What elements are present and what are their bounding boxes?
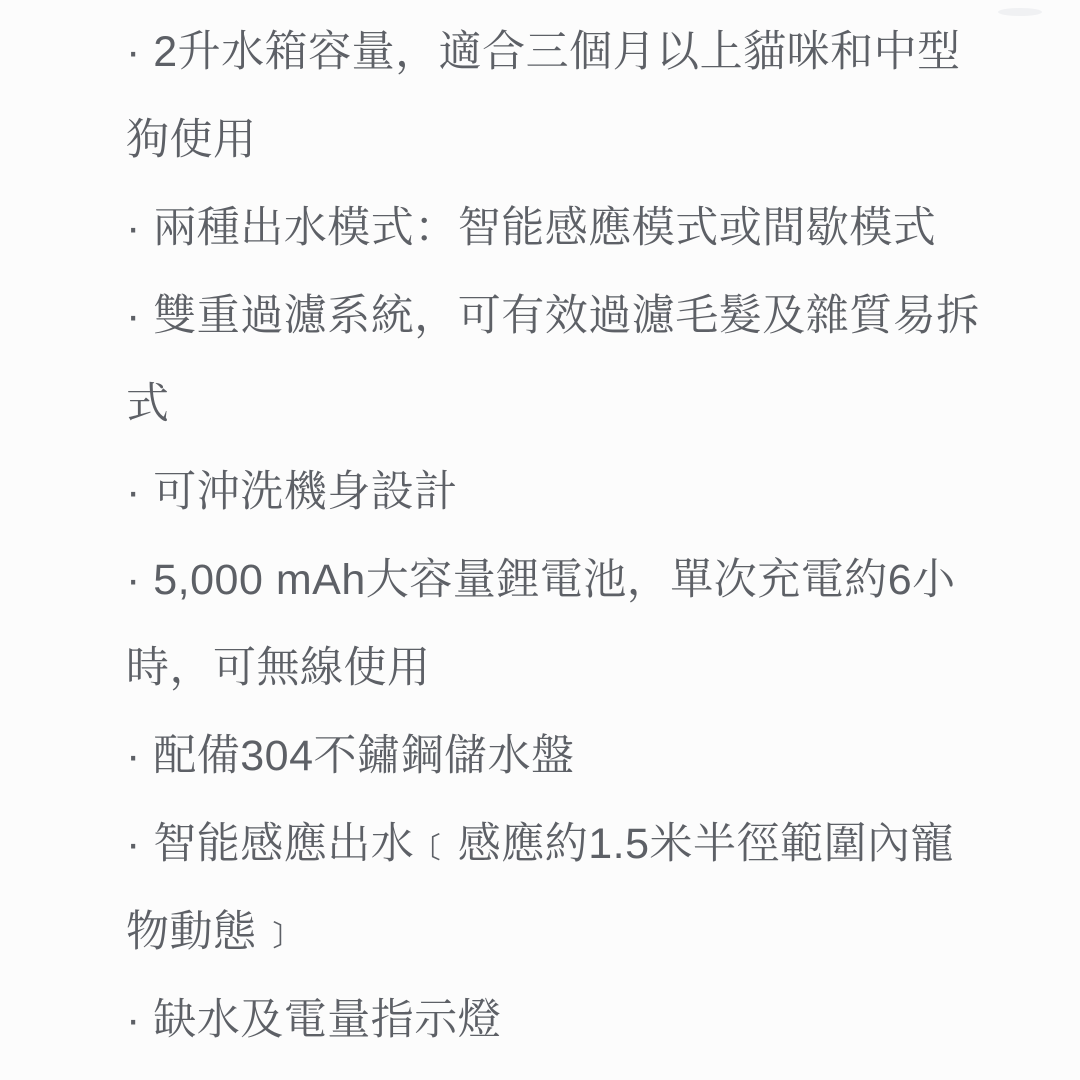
feature-line: 時，可無線使用 [126,624,1020,712]
product-description-page: · 2升水箱容量，適合三個月以上貓咪和中型 狗使用 · 兩種出水模式：智能感應模… [0,0,1080,1080]
feature-item-smart-sensing: · 智能感應出水﹝感應約1.5米半徑範圍內寵 物動態﹞ [126,800,1020,976]
feature-line: · 2升水箱容量，適合三個月以上貓咪和中型 [126,8,1020,96]
feature-item-water-modes: · 兩種出水模式：智能感應模式或間歇模式 [126,184,1020,272]
feature-item-washable-body: · 可沖洗機身設計 [126,448,1020,536]
feature-line: · 智能感應出水﹝感應約1.5米半徑範圍內寵 [126,800,1020,888]
feature-line: 式 [126,360,1020,448]
feature-item-steel-tray: · 配備304不鏽鋼儲水盤 [126,712,1020,800]
feature-line: · 配備304不鏽鋼儲水盤 [126,712,1020,800]
feature-line: 狗使用 [126,96,1020,184]
feature-line: · 兩種出水模式：智能感應模式或間歇模式 [126,184,1020,272]
feature-line: · 可沖洗機身設計 [126,448,1020,536]
feature-item-indicator-lights: · 缺水及電量指示燈 [126,976,1020,1064]
feature-item-battery: · 5,000 mAh大容量鋰電池，單次充電約6小 時，可無線使用 [126,536,1020,712]
feature-line: · 5,000 mAh大容量鋰電池，單次充電約6小 [126,536,1020,624]
feature-line: 物動態﹞ [126,888,1020,976]
feature-item-tank-capacity: · 2升水箱容量，適合三個月以上貓咪和中型 狗使用 [126,8,1020,184]
product-description: · 2升水箱容量，適合三個月以上貓咪和中型 狗使用 · 兩種出水模式：智能感應模… [126,8,1020,1064]
feature-item-dual-filter: · 雙重過濾系統，可有效過濾毛髮及雜質易拆 式 [126,272,1020,448]
feature-line: · 缺水及電量指示燈 [126,976,1020,1064]
feature-line: · 雙重過濾系統，可有效過濾毛髮及雜質易拆 [126,272,1020,360]
